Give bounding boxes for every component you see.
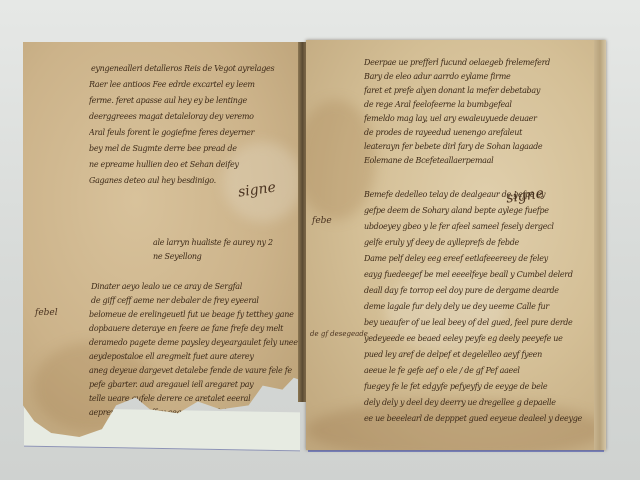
margin-note: febe bbox=[312, 216, 332, 226]
text-line: yedeyeede ee beaed eeley peyfe eg deely … bbox=[364, 334, 584, 344]
right-page: Deerpae ue prefferl fucund oelaegeb frel… bbox=[306, 40, 606, 450]
margin-note: de gf desegeade bbox=[310, 330, 368, 338]
margin-note: febel bbox=[35, 308, 58, 318]
text-line: ne epreame hullien deo et Sehan deifey bbox=[89, 160, 301, 170]
text-line: belomeue de erelingeuetl fut ue beage fy… bbox=[89, 310, 301, 320]
left-page: eyngenealleri detalleros Reis de Vegot a… bbox=[23, 42, 305, 437]
text-line: pued ley aref de delpef et degelelleo ae… bbox=[364, 350, 584, 360]
text-line: deerggreees magat detaleloray dey veremo bbox=[89, 112, 301, 122]
text-line: fuegey fe le fet edgyfe pefyeyfy de eeyg… bbox=[364, 382, 584, 392]
text-line: ferme. feret apasse aul hey ey be lentin… bbox=[89, 96, 301, 106]
text-line: Bemefe dedelleo telay de dealgeaur de ge… bbox=[364, 190, 584, 200]
text-line: Gaganes deteo aul hey besdinigo. bbox=[89, 176, 259, 186]
text-line: Aral feuls forent le gogiefme feres deye… bbox=[89, 128, 301, 138]
text-line: leaterayn fer bebete dirl fary de Sohan … bbox=[364, 142, 584, 152]
text-line: ale larryn hualiste fe aurey ny 2 bbox=[153, 238, 303, 248]
text-line: de rege Aral feelofeerne la bumbgefeal bbox=[364, 100, 584, 110]
text-line: Raer lee antioos Fee edrde excartel ey l… bbox=[89, 80, 301, 90]
text-line: Deerpae ue prefferl fucund oelaegeb frel… bbox=[364, 58, 584, 68]
text-line: ee ue beeelearl de depppet gued eeyeue d… bbox=[364, 414, 584, 424]
text-line: dely dely y deel dey deerry ue dregellee… bbox=[364, 398, 584, 408]
text-line: bey ueaufer of ue leal beey of del gued,… bbox=[364, 318, 584, 328]
text-line: bey mel de Sugmte derre bee pread de bbox=[89, 144, 301, 154]
page-stack-edge bbox=[594, 40, 606, 450]
text-line: Dinater aeyo lealo ue ce aray de Sergfal bbox=[91, 282, 301, 292]
text-line: faret et prefe alyen donant la mefer deb… bbox=[364, 86, 584, 96]
text-line: de giff ceff aeme ner debaler de frey ey… bbox=[91, 296, 301, 306]
text-line: aneg deyeue dargevet detalebe fende de v… bbox=[89, 366, 301, 376]
text-line: gefpe deem de Sohary aland bepte aylege … bbox=[364, 206, 584, 216]
text-line: Dame pelf deley eeg ereef eetlafeeereey … bbox=[364, 254, 584, 264]
text-line: deme lagale fur dely dely ue dey ueeme C… bbox=[364, 302, 584, 312]
text-line: aeeue le fe gefe aef o ele / de gf Pef a… bbox=[364, 366, 584, 376]
text-line: aeydepostaloe ell aregmelt fuet aure ate… bbox=[89, 352, 301, 362]
text-line: Eolemane de Bcefeteallaerpemaal bbox=[364, 156, 534, 166]
text-line: eayg fuedeegef be mel eeeelfeye beall y … bbox=[364, 270, 584, 280]
text-line: de prodes de rayeedud uenengo arefaleut bbox=[364, 128, 584, 138]
text-line: gelfe eruly yf deey de aylleprefs de feb… bbox=[364, 238, 584, 248]
text-line: ubdoeyey gbeo y le fer afeel sameel fese… bbox=[364, 222, 584, 232]
text-line: Bary de eleo adur aarrdo eylame firme bbox=[364, 72, 584, 82]
text-line: deramedo pagete deme paysley deyeargaule… bbox=[89, 338, 301, 348]
text-line: dopbauere deteraye en feere ae fane fref… bbox=[89, 324, 301, 334]
text-line: eyngenealleri detalleros Reis de Vegot a… bbox=[91, 64, 301, 74]
text-line: ne Seyellong bbox=[153, 252, 233, 262]
text-line: femeldo mag lay, uel ary ewaleuyuede deu… bbox=[364, 114, 584, 124]
text-line: deall day fe torrop eel doy pure de derg… bbox=[364, 286, 584, 296]
